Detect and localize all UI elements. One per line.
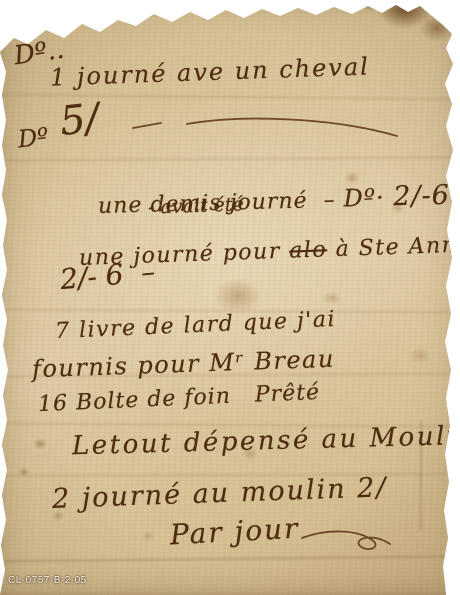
manuscript-line-lard: 7 livre de lard que j'ai [55,309,337,343]
manuscript-ditto-mark: Dº [17,124,50,151]
line-demis-ditto: Dº· [343,183,394,212]
line-journe-destination: à Ste Anne [327,232,460,262]
ink-stroke-long-dash [125,112,405,144]
catalog-number-label: CL-0757-B-2-05 [8,575,87,586]
manuscript-amount-5: 5/ [58,98,101,142]
manuscript-line-moulin: 2 journé au moulin 2/ [52,474,388,513]
manuscript-line-letout: Letout dépensé au Moulin [72,423,460,460]
scanned-document: Dº‥ 1 journé ave un cheval Dº 5/ une dem… [0,0,460,595]
manuscript-line-parjour: Par jour [169,515,300,550]
struck-word: alo [289,237,328,263]
manuscript-line-fournis: fournis pour Mʳ Breau [32,347,335,382]
manuscript-amount-2-6: 2/- 6 – [59,258,156,294]
manuscript-line-foin: 16 Bolte de foin Prêté [38,382,321,416]
ink-flourish [300,524,400,560]
manuscript-interline-insertion: - avait été [148,195,244,217]
manuscript-paper: Dº‥ 1 journé ave un cheval Dº 5/ une dem… [0,0,460,595]
line-demis-amount: 2/-6 [393,180,450,212]
manuscript-line-cheval: 1 journé ave un cheval [50,54,371,89]
